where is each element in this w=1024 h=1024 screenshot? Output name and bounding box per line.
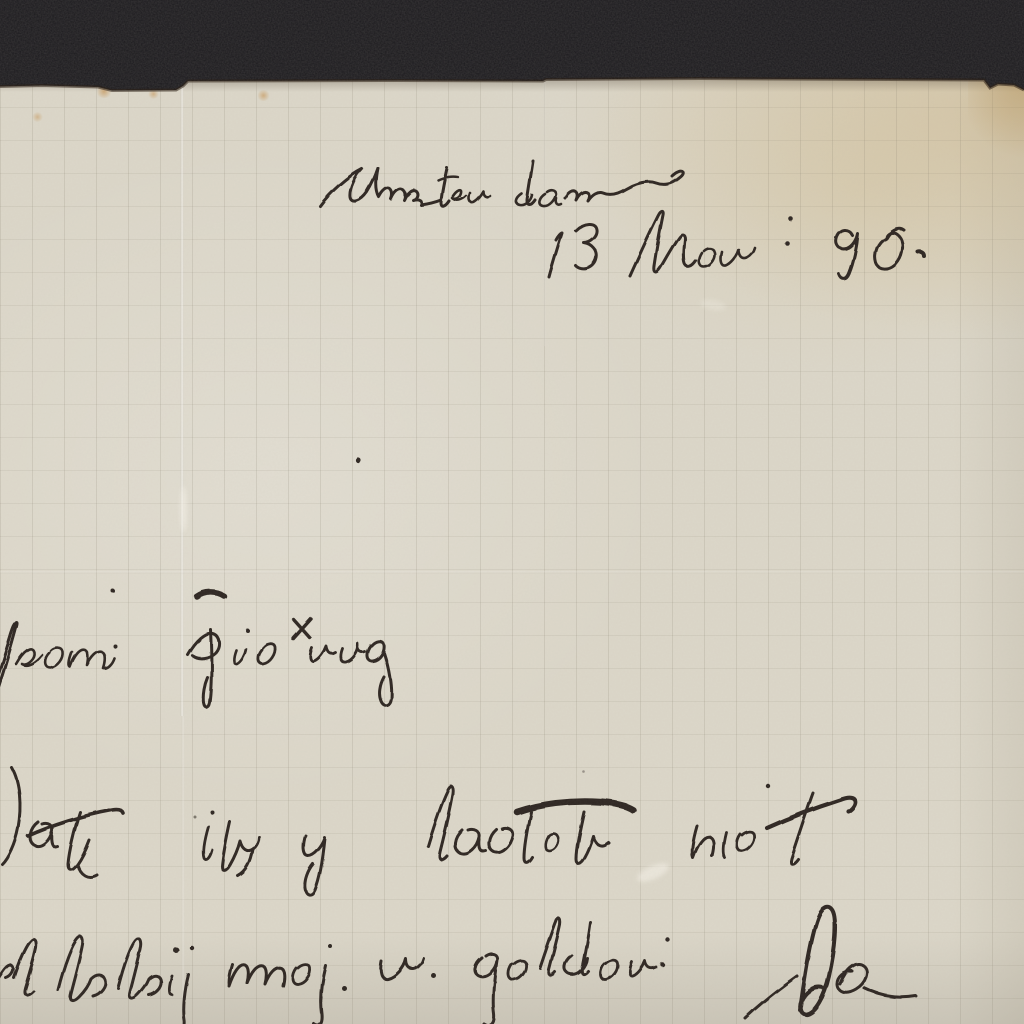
scan-artwork	[0, 0, 1024, 1024]
photo-grain	[0, 0, 1024, 1024]
letter-scan: Visible handwriting Amsterdam 13 Nov: 90…	[0, 0, 1024, 1024]
